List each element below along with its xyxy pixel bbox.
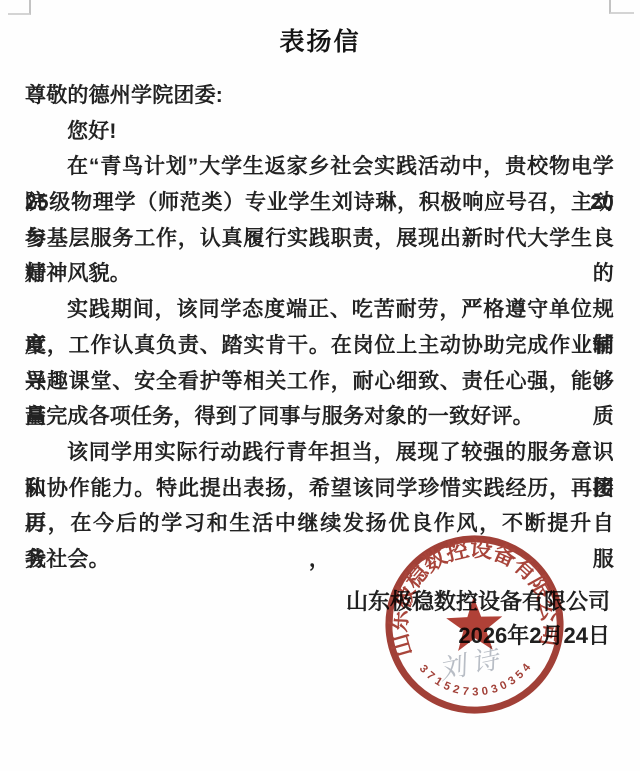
body-line: 在“青鸟计划”大学生返家乡社会实践活动中，贵校物电学院20 [25, 149, 614, 185]
body-line: 该同学用实际行动践行青年担当，展现了较强的服务意识和团 [25, 435, 614, 471]
letter-page: 表扬信 尊敬的德州学院团委: 您好! 在“青鸟计划”大学生返家乡社会实践活动中，… [0, 0, 640, 771]
body-line: 队协作能力。特此提出表扬，希望该同学珍惜实践经历，再接再 [25, 471, 614, 507]
greeting-line: 您好! [25, 114, 614, 150]
seal-ring-text: 山东极稳数控设备有限公司 [383, 533, 564, 660]
scan-corner-mark-left [8, 0, 31, 15]
seal-code: 3715273030354 [417, 659, 536, 700]
letter-title: 表扬信 [0, 22, 640, 58]
company-seal-stamp: 山东极稳数控设备有限公司 3715273030354 [378, 528, 571, 721]
scan-corner-mark-right [609, 0, 634, 14]
body-line: 实践期间，该同学态度端正、吃苦耐劳，严格遵守单位规章制 [25, 292, 614, 328]
letter-body: 尊敬的德州学院团委: 您好! 在“青鸟计划”大学生返家乡社会实践活动中，贵校物电… [25, 78, 614, 578]
star-icon [446, 596, 504, 651]
body-line: 度，工作认真负责、踏实肯干。在岗位上主动协助完成作业辅导、 [25, 328, 614, 364]
salutation-line: 尊敬的德州学院团委: [25, 78, 614, 114]
body-line: 与基层服务工作，认真履行实践职责，展现出新时代大学生良好的 [25, 221, 614, 257]
body-line: 兴趣课堂、安全看护等相关工作，耐心细致、责任心强，能够高质 [25, 364, 614, 400]
body-line: 量完成各项任务，得到了同事与服务对象的一致好评。 [25, 399, 614, 435]
body-line: 25级物理学（师范类）专业学生刘诗琳，积极响应号召，主动参 [25, 185, 614, 221]
